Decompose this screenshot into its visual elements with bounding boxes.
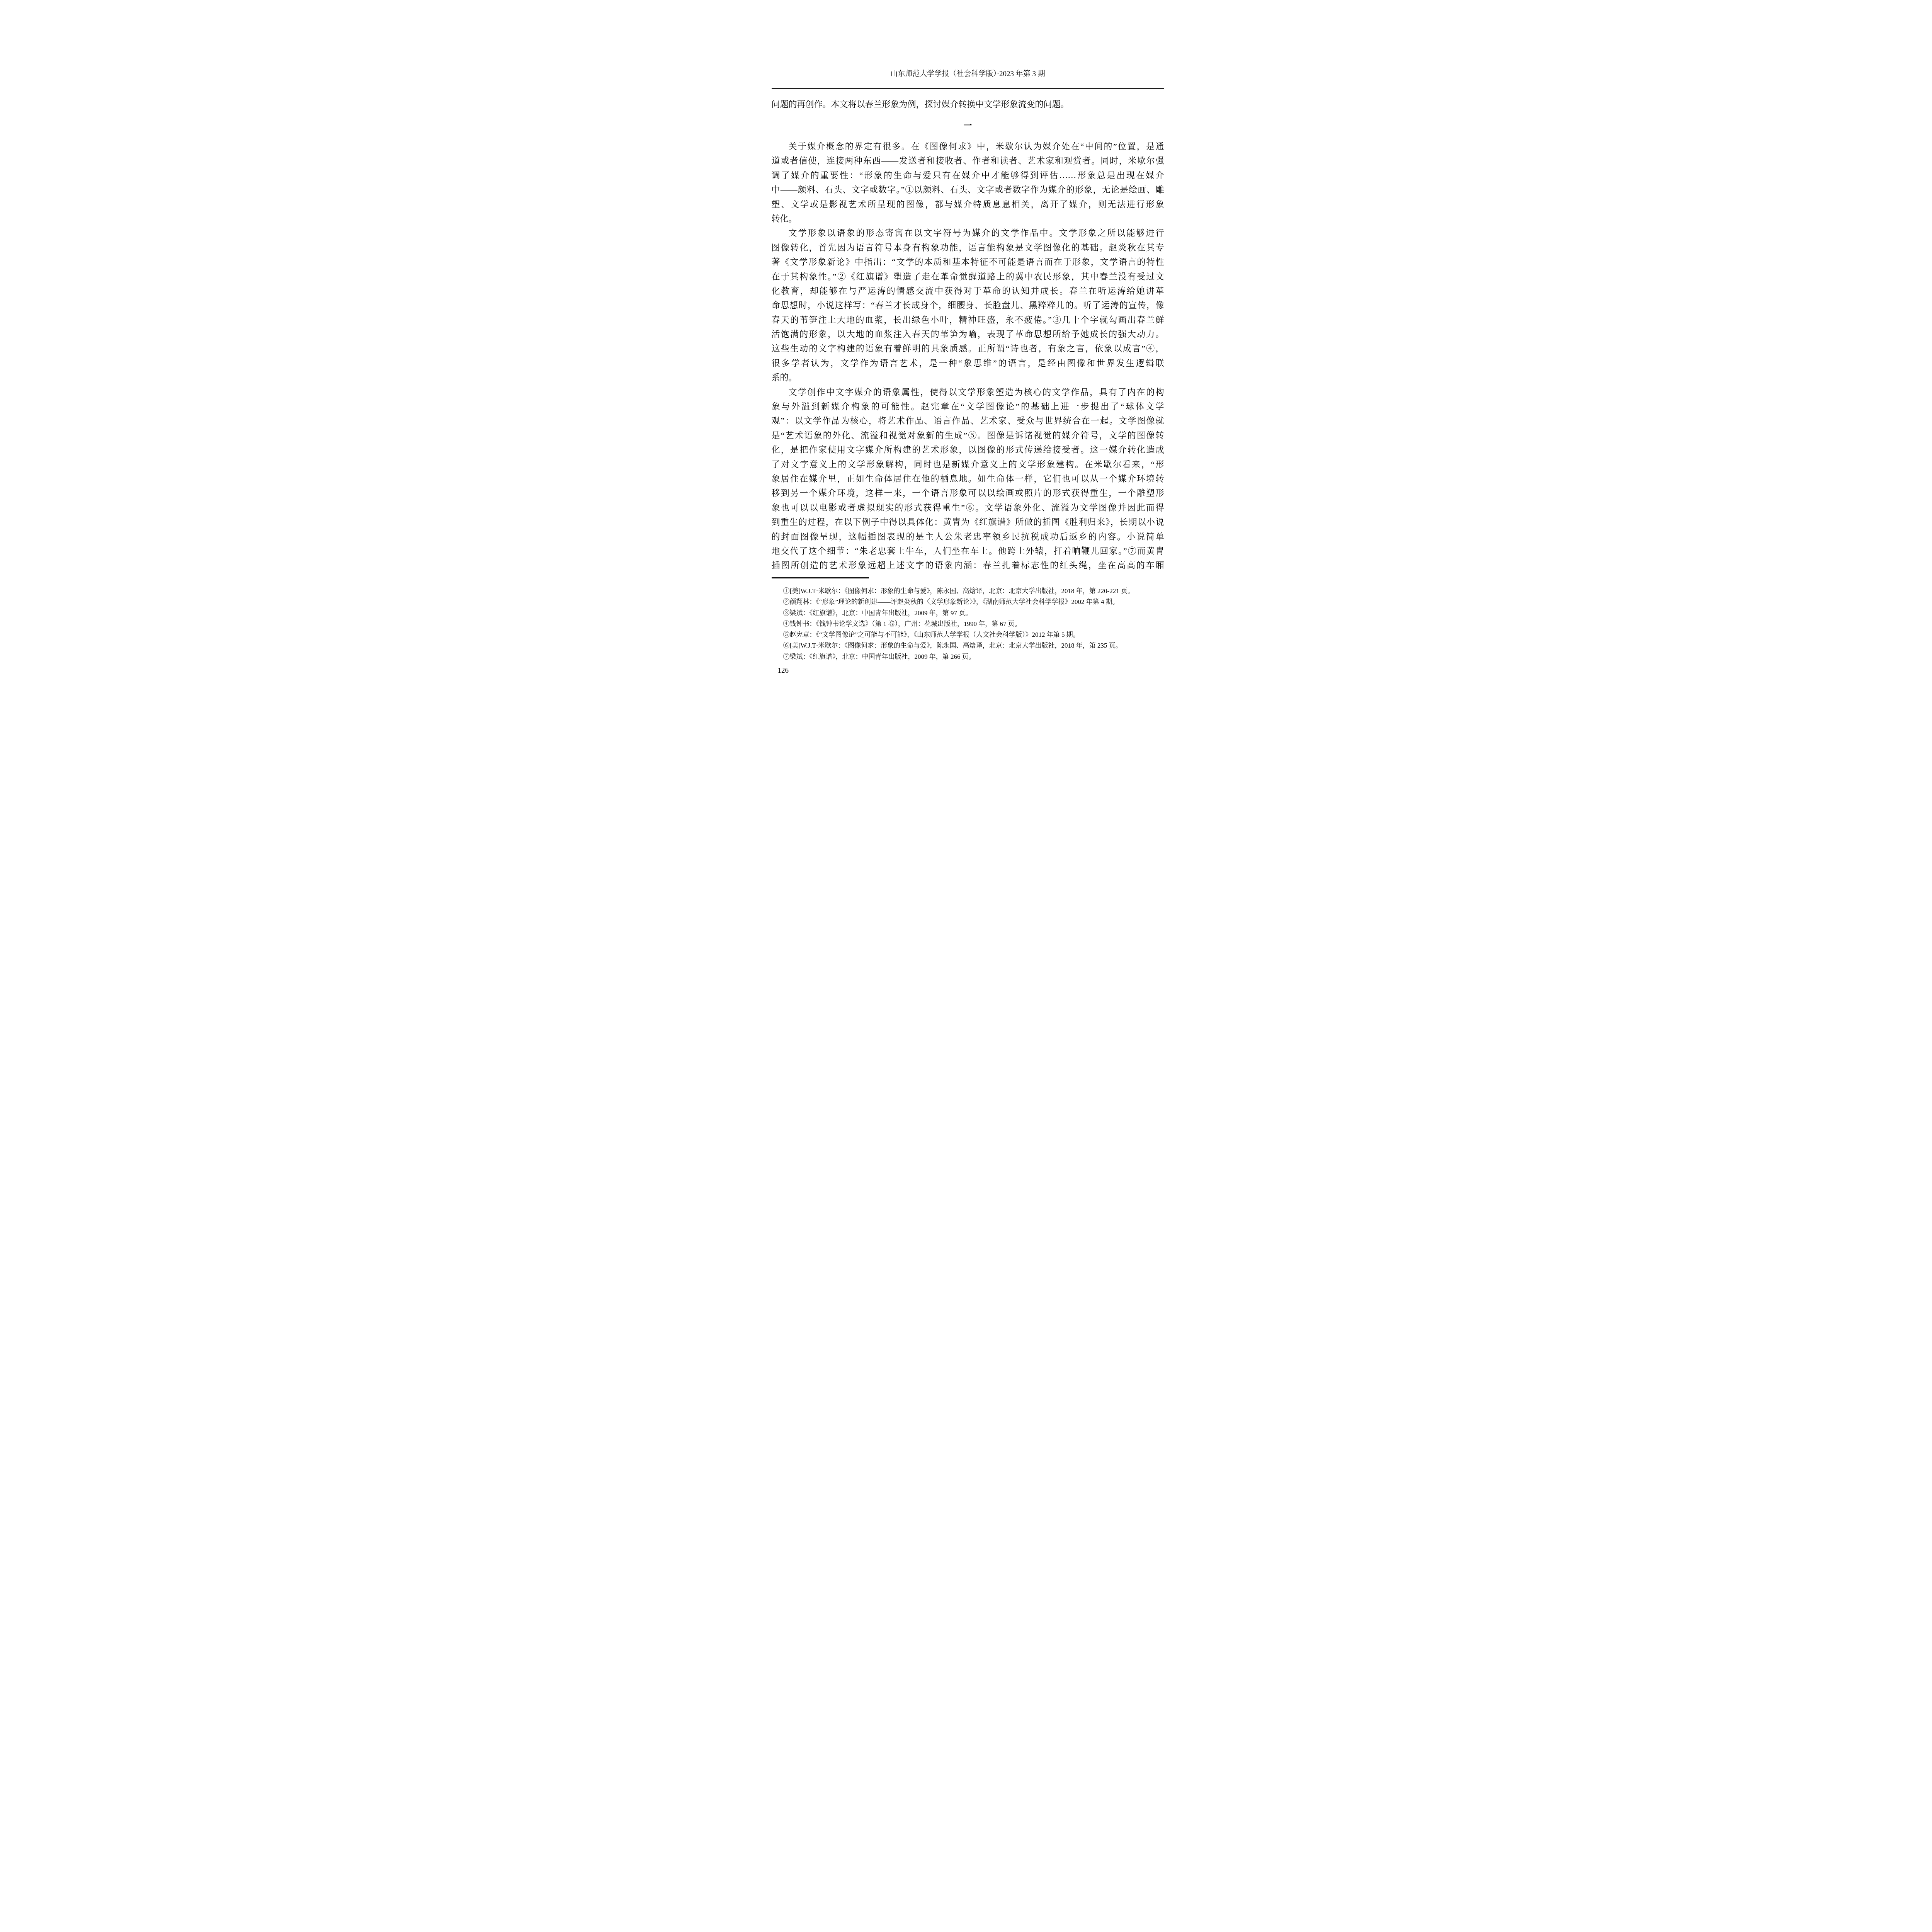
section-number-marker: 一 <box>772 119 1164 131</box>
body-text-line: 化，是把作家使用文字媒介所构建的艺术形象，以图像的形式传递给接受者。这一媒介转化… <box>772 442 1164 457</box>
body-text-line: 中——颜料、石头、文字或数字。”①以颜料、石头、文字或者数字作为媒介的形象，无论… <box>772 182 1164 197</box>
intro-continuation-line: 问题的再创作。本文将以春兰形象为例，探讨媒介转换中文学形象流变的问题。 <box>772 98 1164 110</box>
footnote-line: ①[美]W.J.T·米歇尔：《图像何求：形象的生命与爱》，陈永国、高焓译，北京：… <box>783 586 1166 597</box>
header-divider-rule <box>772 88 1164 89</box>
body-text-line: 著《文学形象新论》中指出：“文学的本质和基本特征不可能是语言而在于形象，文学语言… <box>772 255 1164 269</box>
body-text-line: 是“艺术语象的外化、流溢和视觉对象新的生成”⑤。图像是诉诸视觉的媒介符号，文学的… <box>772 428 1164 442</box>
body-text-line: 文学创作中文字媒介的语象属性，使得以文学形象塑造为核心的文学作品，具有了内在的构 <box>772 385 1164 399</box>
body-text-line: 很多学者认为，文学作为语言艺术，是一种“象思维”的语言，是经由图像和世界发生逻辑… <box>772 356 1164 370</box>
journal-page: 山东师范大学学报（社会科学版）·2023 年第 3 期 问题的再创作。本文将以春… <box>698 0 1235 759</box>
body-text-line: 象与外溢到新媒介构象的可能性。赵宪章在“文学图像论”的基础上进一步提出了“球体文… <box>772 399 1164 413</box>
body-text-line: 文学形象以语象的形态寄寓在以文字符号为媒介的文学作品中。文学形象之所以能够进行 <box>772 226 1164 240</box>
body-text: 关于媒介概念的界定有很多。在《图像何求》中，米歇尔认为媒介处在“中间的”位置，是… <box>772 139 1164 573</box>
body-text-line: 到重生的过程，在以下例子中得以具体化：黄胄为《红旗谱》所做的插图《胜利归来》，长… <box>772 515 1164 529</box>
body-text-line: 了对文字意义上的文学形象解构，同时也是新媒介意义上的文学形象建构。在米歇尔看来，… <box>772 457 1164 471</box>
body-text-line: 图像转化，首先因为语言符号本身有构象功能，语言能构象是文学图像化的基础。赵炎秋在… <box>772 240 1164 255</box>
footnotes: ①[美]W.J.T·米歇尔：《图像何求：形象的生命与爱》，陈永国、高焓译，北京：… <box>783 586 1166 662</box>
body-text-line: 插图所创造的艺术形象远超上述文字的语象内涵：春兰扎着标志性的红头绳，坐在高高的车… <box>772 558 1164 572</box>
body-text-line: 在于其构象性。”②《红旗谱》塑造了走在革命觉醒道路上的冀中农民形象，其中春兰没有… <box>772 269 1164 284</box>
body-text-line: 活饱满的形象，以大地的血浆注入春天的苇笋为喻，表现了革命思想所给予她成长的强大动… <box>772 327 1164 341</box>
footnote-line: ⑤赵宪章：《“文学图像论”之可能与不可能》，《山东师范大学学报（人文社会科学版）… <box>783 629 1166 640</box>
footnote-line: ⑦梁斌：《红旗谱》，北京：中国青年出版社，2009 年，第 266 页。 <box>783 651 1166 662</box>
footnote-line: ②颜翔林：《“形象”理论的新创建——评赵炎秋的〈文学形象新论〉》，《湖南师范大学… <box>783 597 1166 607</box>
body-text-line: 命思想时，小说这样写：“春兰才长成身个，细腰身、长脸盘儿、黑粹粹儿的。听了运涛的… <box>772 298 1164 312</box>
body-text-line: 地交代了这个细节：“朱老忠套上牛车，人们坐在车上。他跨上外辕，打着响鞭儿回家。”… <box>772 544 1164 558</box>
body-text-line: 移到另一个媒介环境，这样一来，一个语言形象可以以绘画或照片的形式获得重生，一个雕… <box>772 486 1164 500</box>
footnote-line: ⑥[美]W.J.T·米歇尔：《图像何求：形象的生命与爱》，陈永国、高焓译，北京：… <box>783 640 1166 651</box>
body-text-line: 春天的苇笋注上大地的血浆，长出绿色小叶，精神旺盛，永不疲倦。”③几十个字就勾画出… <box>772 313 1164 327</box>
body-text-line: 道或者信使，连接两种东西——发送者和接收者、作者和读者、艺术家和观赏者。同时，米… <box>772 153 1164 168</box>
footnote-line: ④钱钟书：《钱钟书论学文选》（第 1 卷），广州：花城出版社，1990 年，第 … <box>783 619 1166 629</box>
journal-header-title: 山东师范大学学报（社会科学版）·2023 年第 3 期 <box>772 68 1164 78</box>
body-text-line: 象也可以以电影或者虚拟现实的形式获得重生”⑥。文学语象外化、流溢为文学图像并因此… <box>772 500 1164 515</box>
body-text-line: 转化。 <box>772 211 1164 226</box>
footnote-divider-rule <box>772 577 869 578</box>
body-text-line: 化教育，却能够在与严运涛的情感交流中获得对于革命的认知并成长。春兰在听运涛给她讲… <box>772 284 1164 298</box>
body-text-line: 观”：以文学作品为核心，将艺术作品、语言作品、艺术家、受众与世界统合在一起。文学… <box>772 413 1164 428</box>
body-text-line: 这些生动的文字构建的语象有着鲜明的具象质感。正所谓“诗也者，有象之言，依象以成言… <box>772 341 1164 355</box>
body-text-line: 塑、文学或是影视艺术所呈现的图像，都与媒介特质息息相关，离开了媒介，则无法进行形… <box>772 197 1164 211</box>
body-text-line: 调了媒介的重要性：“形象的生命与爱只有在媒介中才能够得到评估……形象总是出现在媒… <box>772 168 1164 182</box>
body-text-line: 的封面图像呈现，这幅插图表现的是主人公朱老忠率领乡民抗税成功后返乡的内容。小说简… <box>772 529 1164 544</box>
body-text-line: 系的。 <box>772 370 1164 384</box>
body-text-line: 象居住在媒介里，正如生命体居住在他的栖息地。如生命体一样，它们也可以从一个媒介环… <box>772 471 1164 486</box>
page-number: 126 <box>778 667 789 675</box>
footnote-line: ③梁斌：《红旗谱》，北京：中国青年出版社，2009 年，第 97 页。 <box>783 608 1166 619</box>
body-text-line: 关于媒介概念的界定有很多。在《图像何求》中，米歇尔认为媒介处在“中间的”位置，是… <box>772 139 1164 153</box>
